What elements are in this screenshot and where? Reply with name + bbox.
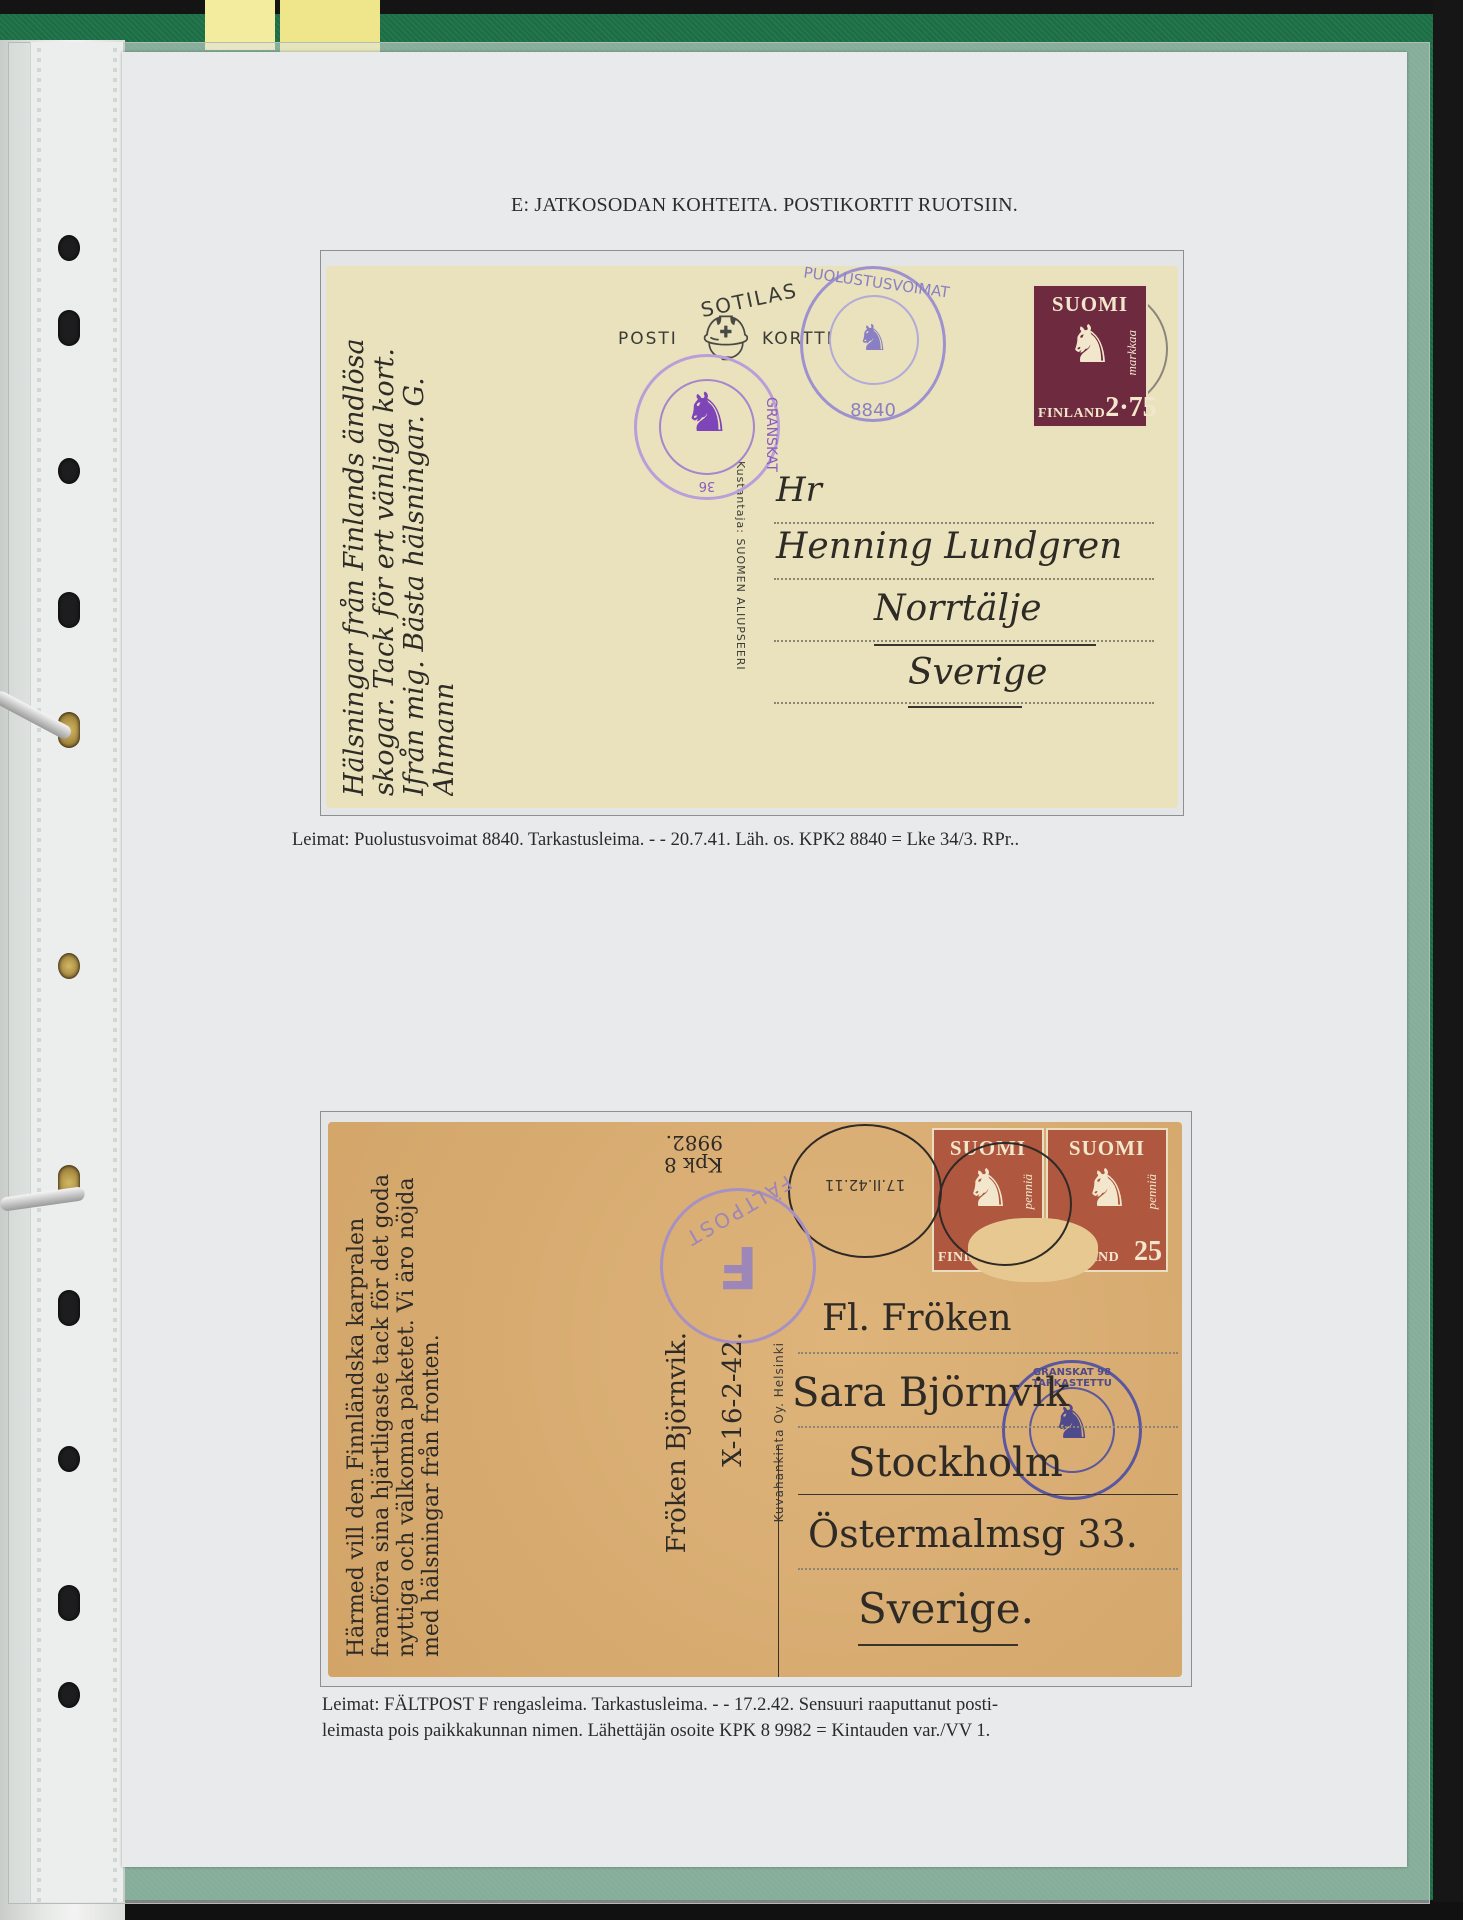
handwritten-message: Härmed vill den Finnländska karpralen fr… <box>344 1142 654 1657</box>
card2-caption: Leimat: FÄLTPOST F rengasleima. Tarkastu… <box>322 1692 1342 1744</box>
address-line <box>798 1494 1178 1495</box>
postcard-faltpost: SUOMI ♞ penniä FINLAND SUOMI ♞ penniä FI… <box>328 1122 1182 1677</box>
address-salutation: Hr <box>776 470 822 510</box>
underline <box>908 706 1022 708</box>
message-greeting: Fröken Björnvik. <box>662 1332 692 1553</box>
page-title: E: JATKOSODAN KOHTEITA. POSTIKORTIT RUOT… <box>122 194 1407 217</box>
postmark-ring <box>938 1142 1072 1266</box>
album-page: E: JATKOSODAN KOHTEITA. POSTIKORTIT RUOT… <box>122 52 1407 1867</box>
address-name: Sara Björnvik <box>792 1370 1069 1416</box>
card1-caption: Leimat: Puolustusvoimat 8840. Tarkastusl… <box>292 827 1292 853</box>
address-name: Henning Lundgren <box>776 526 1122 567</box>
printer-imprint: Kuvahankinta Oy. Helsinki <box>772 1342 786 1522</box>
punch-hole <box>58 592 80 628</box>
punch-hole <box>58 1290 80 1326</box>
puolustusvoimat-cancel-seal: PUOLUSTUSVOIMAT ♞ 8840 <box>800 266 946 422</box>
address-line <box>774 702 1154 704</box>
written-date: X-16-2-42. <box>718 1332 748 1467</box>
strip-perforation <box>113 42 117 1902</box>
address-city: Stockholm <box>848 1440 1063 1486</box>
address-salutation: Fl. Fröken <box>822 1298 1012 1339</box>
sender-unit-note: Kpk 8 9982. <box>664 1132 723 1176</box>
address-line <box>798 1568 1178 1570</box>
card-divider <box>778 1446 779 1677</box>
underline <box>858 1644 1018 1646</box>
handwritten-message: Hälsningar från Finlands ändlösa skogar.… <box>340 326 660 796</box>
address-country: Sverige. <box>858 1584 1034 1633</box>
address-line <box>774 522 1154 524</box>
punch-hole <box>58 1585 80 1621</box>
binder-ring-hole <box>58 953 80 979</box>
address-line <box>798 1426 1178 1428</box>
address-line <box>774 640 1154 642</box>
table-surface-bottom <box>0 1902 1463 1920</box>
punch-hole <box>58 310 80 346</box>
punch-hole <box>58 1446 80 1472</box>
address-street: Östermalmsg 33. <box>808 1512 1138 1556</box>
postage-stamp-2-75-markkaa: SUOMI ♞ markkaa FINLAND 2·75 <box>1032 284 1148 428</box>
punch-hole <box>58 235 80 261</box>
table-surface-right <box>1433 0 1463 1920</box>
postcard-soldier: SOTILAS POSTI KORTTI ⛑ Kustantaja: SUOME… <box>326 266 1178 808</box>
faltpost-f-seal: FÄLTPOST F <box>660 1188 816 1344</box>
underline <box>874 644 1096 646</box>
punch-hole <box>58 458 80 484</box>
strip-perforation <box>37 42 41 1902</box>
punch-hole <box>58 1682 80 1708</box>
address-town: Norrtälje <box>874 588 1042 629</box>
address-line <box>774 578 1154 580</box>
address-line <box>798 1352 1178 1354</box>
address-country: Sverige <box>908 652 1047 693</box>
